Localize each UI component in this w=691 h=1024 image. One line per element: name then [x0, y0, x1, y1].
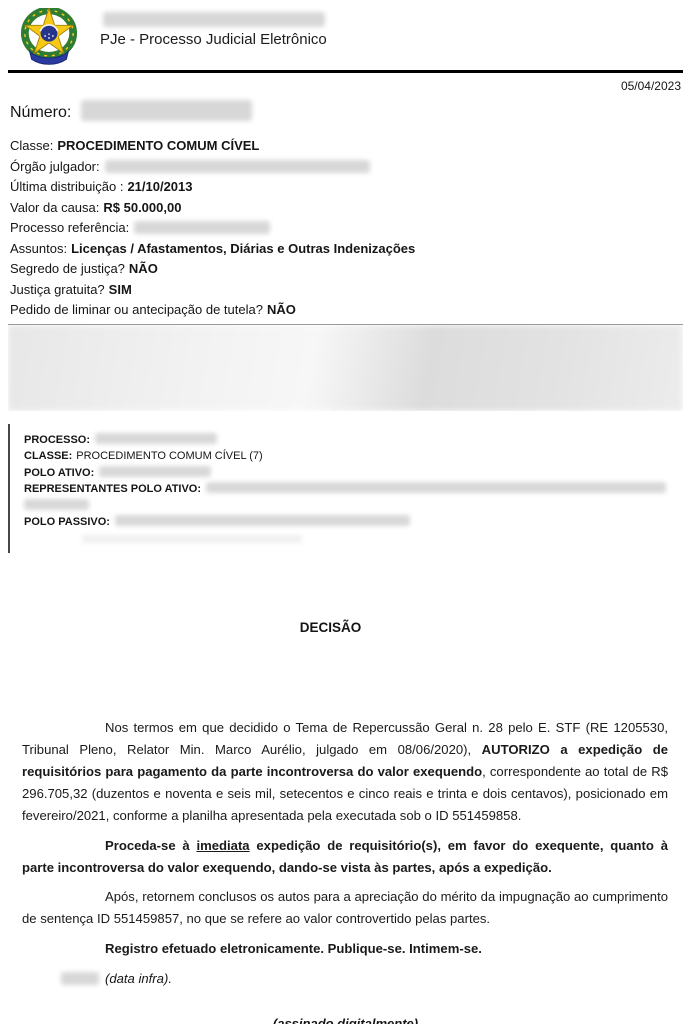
decision-paragraph-2: Proceda-se à imediata expedição de requi… [22, 835, 668, 879]
paragraph-underlined-text: imediata [196, 838, 249, 853]
field-label: Pedido de liminar ou antecipação de tute… [10, 302, 263, 317]
field-label: Valor da causa: [10, 200, 99, 215]
decision-paragraph-3: Após, retornem conclusos os autos para a… [22, 886, 668, 930]
party-label: POLO PASSIVO: [24, 516, 110, 528]
digital-signature-line: (assinado digitalmente) [0, 1016, 691, 1024]
field-label: Órgão julgador: [10, 159, 100, 174]
decision-paragraph-4: Registro efetuado eletronicamente. Publi… [22, 938, 668, 960]
party-row-representantes: REPRESENTANTES POLO ATIVO: [24, 481, 683, 498]
field-row-ultima-distribuicao: Última distribuição :21/10/2013 [10, 177, 683, 198]
numero-line: Número: [10, 100, 683, 125]
paragraph-text: Proceda-se à [105, 838, 196, 853]
document-page: PJe - Processo Judicial Eletrônico 05/04… [0, 0, 691, 990]
field-row-classe: Classe:PROCEDIMENTO COMUM CÍVEL [10, 136, 683, 157]
field-row-processo-referencia: Processo referência: [10, 218, 683, 239]
redacted-party-value-faint [82, 535, 302, 543]
redacted-party-value [206, 482, 666, 493]
party-row-classe: CLASSE:PROCEDIMENTO COMUM CÍVEL (7) [24, 448, 683, 465]
field-value: Licenças / Afastamentos, Diárias e Outra… [71, 241, 415, 256]
decision-paragraph-1: Nos termos em que decidido o Tema de Rep… [22, 717, 668, 827]
party-row-polo-ativo: POLO ATIVO: [24, 465, 683, 482]
redacted-court-name [103, 12, 325, 27]
field-label: Segredo de justiça? [10, 261, 125, 276]
field-value: NÃO [267, 302, 296, 317]
party-row-polo-passivo: POLO PASSIVO: [24, 514, 683, 531]
party-row-processo: PROCESSO: [24, 432, 683, 449]
field-row-segredo-justica: Segredo de justiça?NÃO [10, 259, 683, 280]
party-label: POLO ATIVO: [24, 467, 94, 479]
redacted-case-number [81, 100, 252, 121]
data-infra-line: (data infra). [61, 968, 683, 990]
redacted-party-value [115, 515, 410, 526]
party-label: PROCESSO: [24, 434, 90, 446]
field-value: 21/10/2013 [127, 179, 192, 194]
document-date: 05/04/2023 [8, 73, 683, 93]
redacted-field-value [134, 221, 270, 234]
field-value: R$ 50.000,00 [103, 200, 181, 215]
header-text: PJe - Processo Judicial Eletrônico [100, 8, 327, 48]
party-label: CLASSE: [24, 450, 72, 462]
redacted-summary-block [8, 324, 683, 411]
field-label: Assuntos: [10, 241, 67, 256]
party-value: PROCEDIMENTO COMUM CÍVEL (7) [76, 450, 262, 462]
field-row-pedido-liminar: Pedido de liminar ou antecipação de tute… [10, 300, 683, 321]
party-label: REPRESENTANTES POLO ATIVO: [24, 483, 201, 495]
data-infra-text: (data infra). [105, 971, 172, 986]
field-label: Classe: [10, 138, 53, 153]
field-row-justica-gratuita: Justiça gratuita?SIM [10, 280, 683, 301]
case-metadata: Classe:PROCEDIMENTO COMUM CÍVEL Órgão ju… [10, 136, 683, 321]
field-value: PROCEDIMENTO COMUM CÍVEL [57, 138, 259, 153]
party-row-representantes-wrap [24, 498, 683, 515]
field-value: SIM [109, 282, 132, 297]
parties-section: PROCESSO: CLASSE:PROCEDIMENTO COMUM CÍVE… [8, 424, 683, 554]
brazil-coat-of-arms-icon [18, 8, 80, 68]
app-title: PJe - Processo Judicial Eletrônico [100, 31, 327, 48]
redacted-field-value [105, 160, 370, 173]
field-row-assuntos: Assuntos:Licenças / Afastamentos, Diária… [10, 239, 683, 260]
field-label: Justiça gratuita? [10, 282, 105, 297]
decision-title: DECISÃO [8, 619, 683, 637]
numero-label: Número: [10, 104, 71, 121]
field-row-orgao-julgador: Órgão julgador: [10, 157, 683, 178]
field-label: Processo referência: [10, 220, 129, 235]
redacted-party-value [95, 433, 217, 444]
redacted-summary-content [8, 325, 683, 411]
field-row-valor-causa: Valor da causa:R$ 50.000,00 [10, 198, 683, 219]
field-label: Última distribuição : [10, 179, 123, 194]
party-row-polo-passivo-wrap [24, 531, 683, 548]
field-value: NÃO [129, 261, 158, 276]
redacted-party-value [99, 466, 211, 477]
redacted-judge-name [61, 972, 99, 985]
redacted-party-value [24, 499, 89, 510]
decision-body: Nos termos em que decidido o Tema de Rep… [22, 717, 668, 960]
document-header: PJe - Processo Judicial Eletrônico [18, 0, 683, 70]
